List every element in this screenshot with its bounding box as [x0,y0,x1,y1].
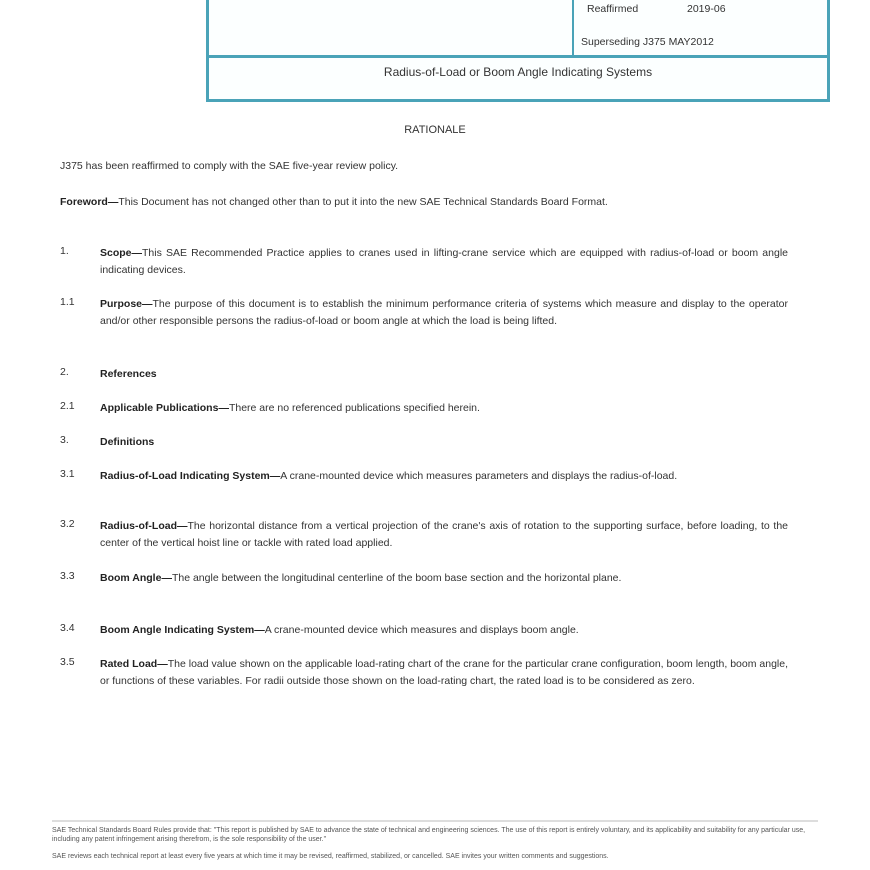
section-item: Radius-of-Load—The horizontal distance f… [100,518,788,552]
section-text: A crane-mounted device which measures pa… [280,470,677,482]
section-text: A crane-mounted device which measures an… [265,624,579,636]
section-item: Scope—This SAE Recommended Practice appl… [100,245,788,279]
reaffirmed-date: 2019-06 [687,3,726,15]
rationale-heading: RATIONALE [0,124,870,136]
section-number: 3.4 [60,622,75,634]
section-label: Applicable Publications— [100,402,229,414]
foreword-label: Foreword— [60,196,118,208]
section-label: References [100,368,157,380]
section-text: There are no referenced publications spe… [229,402,480,414]
section-item: Radius-of-Load Indicating System—A crane… [100,468,788,485]
section-number: 2. [60,366,69,378]
section-item: Applicable Publications—There are no ref… [100,400,788,417]
section-text: This SAE Recommended Practice applies to… [100,247,788,276]
section-text: The horizontal distance from a vertical … [100,520,788,549]
section-text: The purpose of this document is to estab… [100,298,788,327]
section-item: References [100,366,788,383]
section-label: Boom Angle Indicating System— [100,624,265,636]
footer-line-1: SAE Technical Standards Board Rules prov… [52,826,818,844]
section-item: Boom Angle Indicating System—A crane-mou… [100,622,788,639]
section-number: 1. [60,245,69,257]
section-label: Scope— [100,247,142,259]
document-header-box: Reaffirmed 2019-06 Superseding J375 MAY2… [206,0,830,102]
section-label: Radius-of-Load Indicating System— [100,470,280,482]
foreword-text: This Document has not changed other than… [118,196,608,208]
section-item: Definitions [100,434,788,451]
section-item: Rated Load—The load value shown on the a… [100,656,788,690]
section-number: 3.3 [60,570,75,582]
section-label: Definitions [100,436,154,448]
header-divider-vertical [572,0,574,55]
reaffirmed-label: Reaffirmed [587,3,638,15]
section-item: Purpose—The purpose of this document is … [100,296,788,330]
footer-rule [52,820,818,822]
section-label: Purpose— [100,298,153,310]
section-text: The angle between the longitudinal cente… [172,572,621,584]
document-title: Radius-of-Load or Boom Angle Indicating … [209,65,827,79]
footer-line-2: SAE reviews each technical report at lea… [52,852,818,861]
superseding-note: Superseding J375 MAY2012 [581,36,714,48]
section-label: Boom Angle— [100,572,172,584]
section-number: 1.1 [60,296,75,308]
section-number: 3.5 [60,656,75,668]
rationale-text: J375 has been reaffirmed to comply with … [60,158,788,175]
section-number: 2.1 [60,400,75,412]
header-divider-horizontal [209,55,827,58]
section-label: Radius-of-Load— [100,520,188,532]
section-number: 3.2 [60,518,75,530]
foreword: Foreword—This Document has not changed o… [60,194,788,211]
section-label: Rated Load— [100,658,168,670]
section-number: 3.1 [60,468,75,480]
section-text: The load value shown on the applicable l… [100,658,788,687]
section-number: 3. [60,434,69,446]
section-item: Boom Angle—The angle between the longitu… [100,570,788,587]
